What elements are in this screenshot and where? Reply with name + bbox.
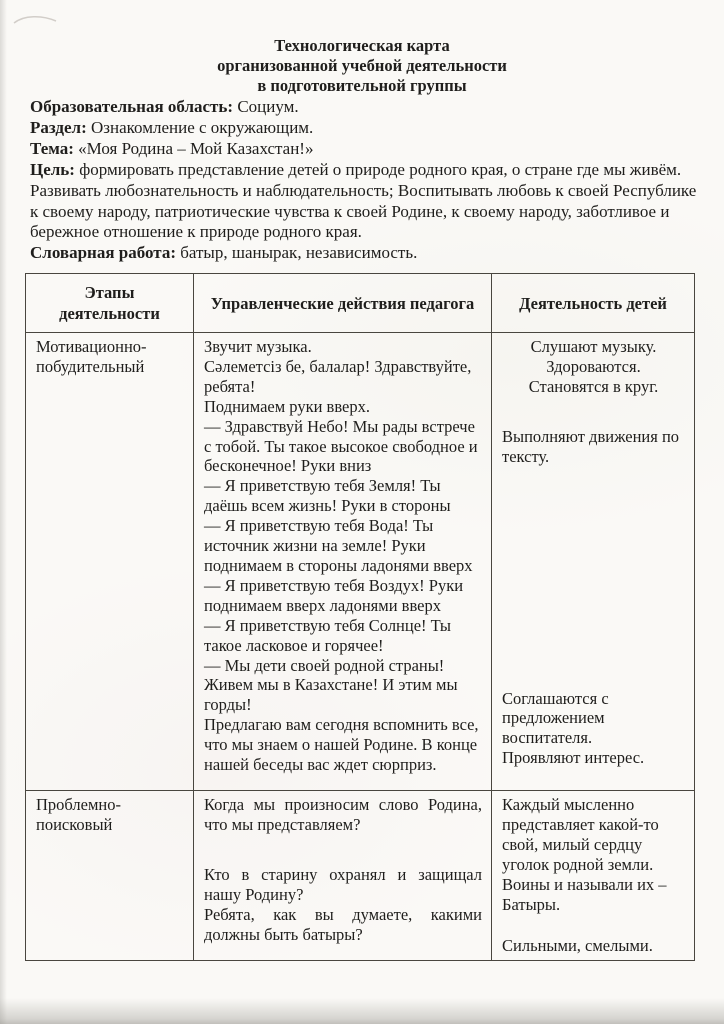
action-earth: — Я приветствую тебя Земля! Ты даёшь все… <box>204 476 482 516</box>
meta-education-area: Образовательная область: Социум. <box>30 97 702 118</box>
meta-goal: Цель: формировать представление детей о … <box>30 160 702 244</box>
title-line-1: Технологическая карта <box>0 36 724 56</box>
title-line-2: организованной учебной деятельности <box>0 56 724 76</box>
question-homeland: Когда мы произносим слово Родина, что мы… <box>204 795 482 835</box>
meta-education-area-value: Социум. <box>237 97 298 116</box>
teacher-actions-cell-problem-search: Когда мы произносим слово Родина, что мы… <box>194 791 492 961</box>
scanned-document-page: Технологическая карта организованной уче… <box>0 0 724 1024</box>
children-greet: Здороваются. <box>502 357 685 377</box>
lesson-plan-table: Этапы деятельности Управленческие действ… <box>25 273 695 961</box>
meta-vocabulary: Словарная работа: батыр, шанырак, незави… <box>30 243 702 264</box>
children-warriors: Воины и называли их – Батыры. <box>502 875 685 915</box>
stage-name: Мотивационно-побудительный <box>36 337 147 376</box>
document-meta: Образовательная область: Социум. Раздел:… <box>30 97 702 264</box>
children-imagine: Каждый мысленно представляет какой-то св… <box>502 795 685 875</box>
meta-theme: Тема: «Моя Родина – Мой Казахстан!» <box>30 139 702 160</box>
action-greeting: Сәлеметсіз бе, балалар! Здравствуйте, ре… <box>204 357 482 397</box>
table-row-motivational: Мотивационно-побудительный Звучит музыка… <box>26 333 695 791</box>
children-centered-block: Слушают музыку. Здороваются. Становятся … <box>502 337 685 397</box>
scan-shadow-bottom <box>0 998 724 1024</box>
title-line-3: в подготовительной группы <box>0 76 724 96</box>
document-title: Технологическая карта организованной уче… <box>0 0 724 96</box>
meta-goal-label: Цель: <box>30 160 75 179</box>
children-activity-cell-motivational: Слушают музыку. Здороваются. Становятся … <box>492 333 695 791</box>
question-batyrs: Ребята, как вы думаете, какими должны бы… <box>204 905 482 945</box>
action-water: — Я приветствую тебя Вода! Ты источник ж… <box>204 516 482 576</box>
teacher-actions-cell-motivational: Звучит музыка. Сәлеметсіз бе, балалар! З… <box>194 333 492 791</box>
stage-cell-motivational: Мотивационно-побудительный <box>26 333 194 791</box>
children-movements: Выполняют движения по тексту. <box>502 427 685 467</box>
action-sun: — Я приветствую тебя Солнце! Ты такое ла… <box>204 616 482 656</box>
question-defenders: Кто в старину охранял и защищал нашу Род… <box>204 865 482 905</box>
action-sky: — Здравствуй Небо! Мы рады встрече с тоб… <box>204 417 482 477</box>
action-hands-up: Поднимаем руки вверх. <box>204 397 482 417</box>
table-row-problem-search: Проблемно-поисковый Когда мы произносим … <box>26 791 695 961</box>
col-header-teacher-actions: Управленческие действия педагога <box>194 274 492 333</box>
meta-vocabulary-value: батыр, шанырак, независимость. <box>180 243 417 262</box>
children-qualities: Сильными, смелыми. <box>502 936 685 956</box>
meta-theme-value: «Моя Родина – Мой Казахстан!» <box>78 139 313 158</box>
children-agreement: Соглашаются с предложением воспитателя. <box>502 689 685 749</box>
meta-education-area-label: Образовательная область: <box>30 97 233 116</box>
action-air: — Я приветствую тебя Воздух! Руки подним… <box>204 576 482 616</box>
table-header-row: Этапы деятельности Управленческие действ… <box>26 274 695 333</box>
children-interest: Проявляют интерес. <box>502 748 685 768</box>
pencil-mark <box>12 13 58 27</box>
children-listen: Слушают музыку. <box>502 337 685 357</box>
meta-section-value: Ознакомление с окружающим. <box>91 118 313 137</box>
action-country: — Мы дети своей родной страны! Живем мы … <box>204 656 482 716</box>
stage-name: Проблемно-поисковый <box>36 795 121 834</box>
meta-section-label: Раздел: <box>30 118 87 137</box>
meta-section: Раздел: Ознакомление с окружающим. <box>30 118 702 139</box>
action-music: Звучит музыка. <box>204 337 482 357</box>
scan-shadow-left <box>0 0 7 1024</box>
children-circle: Становятся в круг. <box>502 377 685 397</box>
col-header-stages: Этапы деятельности <box>26 274 194 333</box>
meta-theme-label: Тема: <box>30 139 74 158</box>
meta-goal-value: формировать представление детей о природ… <box>30 160 696 242</box>
children-activity-cell-problem-search: Каждый мысленно представляет какой-то св… <box>492 791 695 961</box>
meta-vocabulary-label: Словарная работа: <box>30 243 176 262</box>
stage-cell-problem-search: Проблемно-поисковый <box>26 791 194 961</box>
action-proposal: Предлагаю вам сегодня вспомнить все, что… <box>204 715 482 775</box>
col-header-children-activity: Деятельность детей <box>492 274 695 333</box>
